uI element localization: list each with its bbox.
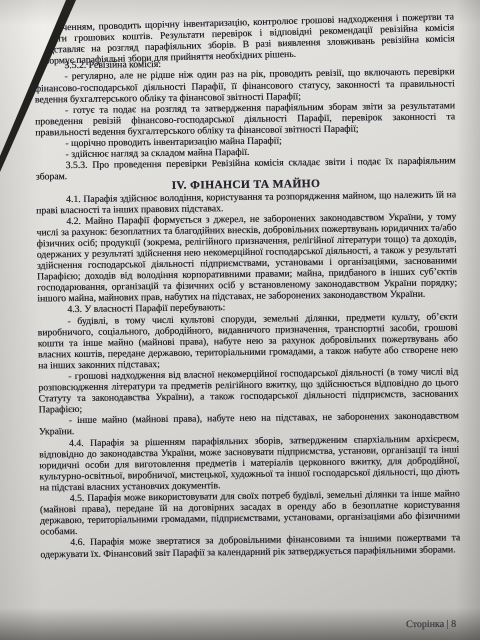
paragraph-4-4: 4.4. Парафія за рішенням парафіяльних зб…	[39, 433, 460, 494]
paragraph-4-2: 4.2. Майно Парафії формується з джерел, …	[36, 211, 457, 305]
paragraph-4-5: 4.5. Парафія може використовувати для св…	[40, 488, 461, 538]
document-photo: призначенням, проводить щорічну інвентар…	[0, 0, 480, 640]
bullet-property-income: - грошові надходження від власної некоме…	[38, 366, 459, 416]
bullet-property-buildings: - будівлі, в тому числі культові споруди…	[37, 311, 458, 372]
bullet-revision-reports: - готує та подає на розгляд та затвердже…	[35, 100, 455, 138]
bullet-revision-regular: - регулярно, але не рідше ніж один раз н…	[34, 67, 454, 105]
page-text-block: призначенням, проводить щорічну інвентар…	[0, 0, 480, 561]
page-number-footer: Сторінка | 8	[406, 619, 456, 630]
